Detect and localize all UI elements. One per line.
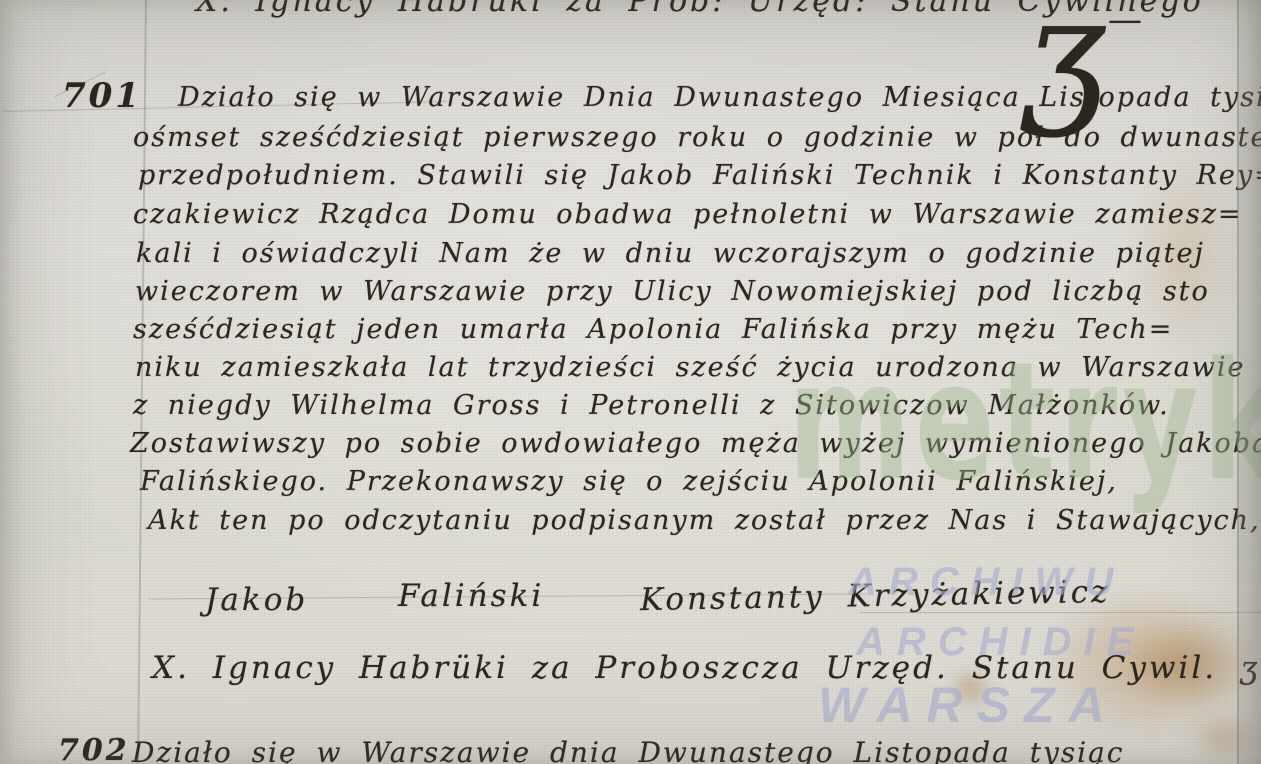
record-body-line: przedpołudniem. Stawili się Jakob Falińs… [138,160,1261,191]
signature-witness1-last: Faliński [398,578,544,614]
record-702-opening-line: Działo się w Warszawie dnia Dwunastego L… [132,736,1124,764]
record-body-line: czakiewicz Rządca Domu obadwa pełnoletni… [133,199,1243,230]
record-body-line: kali i oświadczyli Nam że w dniu wczoraj… [136,238,1205,269]
record-body-line: ośmset sześćdziesiąt pierwszego roku o g… [133,122,1261,153]
record-body-line: Działo się w Warszawie Dnia Dwunastego M… [178,82,1261,113]
page-edge-strip [1239,0,1261,764]
signature-witness1-first: Jakob [205,582,308,618]
record-body-line: sześćdziesiąt jeden umarła Apolonia Fali… [133,314,1173,345]
record-number-701: 701 [62,76,142,116]
record-body-line: wieczorem w Warszawie przy Ulicy Nowomie… [135,276,1210,307]
record-number-702: 702 [58,733,130,764]
record-body-line: Falińskiego. Przekonawszy się o zejściu … [140,466,1118,497]
scanned-register-page: X. Ignacy Habrüki za Prob: Urzęd: Stanu … [0,0,1261,764]
record-body-line: z niegdy Wilhelma Gross i Petronelli z S… [133,390,1170,421]
prev-record-flourish: ʒ [1022,0,1107,140]
record-body-line: Zostawiwszy po sobie owdowiałego męża wy… [130,428,1261,459]
prev-record-dash: — [1108,0,1142,40]
record-body-line: Akt ten po odczytaniu podpisanym został … [148,505,1261,536]
record-body-line: niku zamieszkała lat trzydzieści sześć ż… [135,352,1246,383]
signature-official: X. Ignacy Habrüki za Proboszcza Urzęd. S… [152,650,1261,686]
